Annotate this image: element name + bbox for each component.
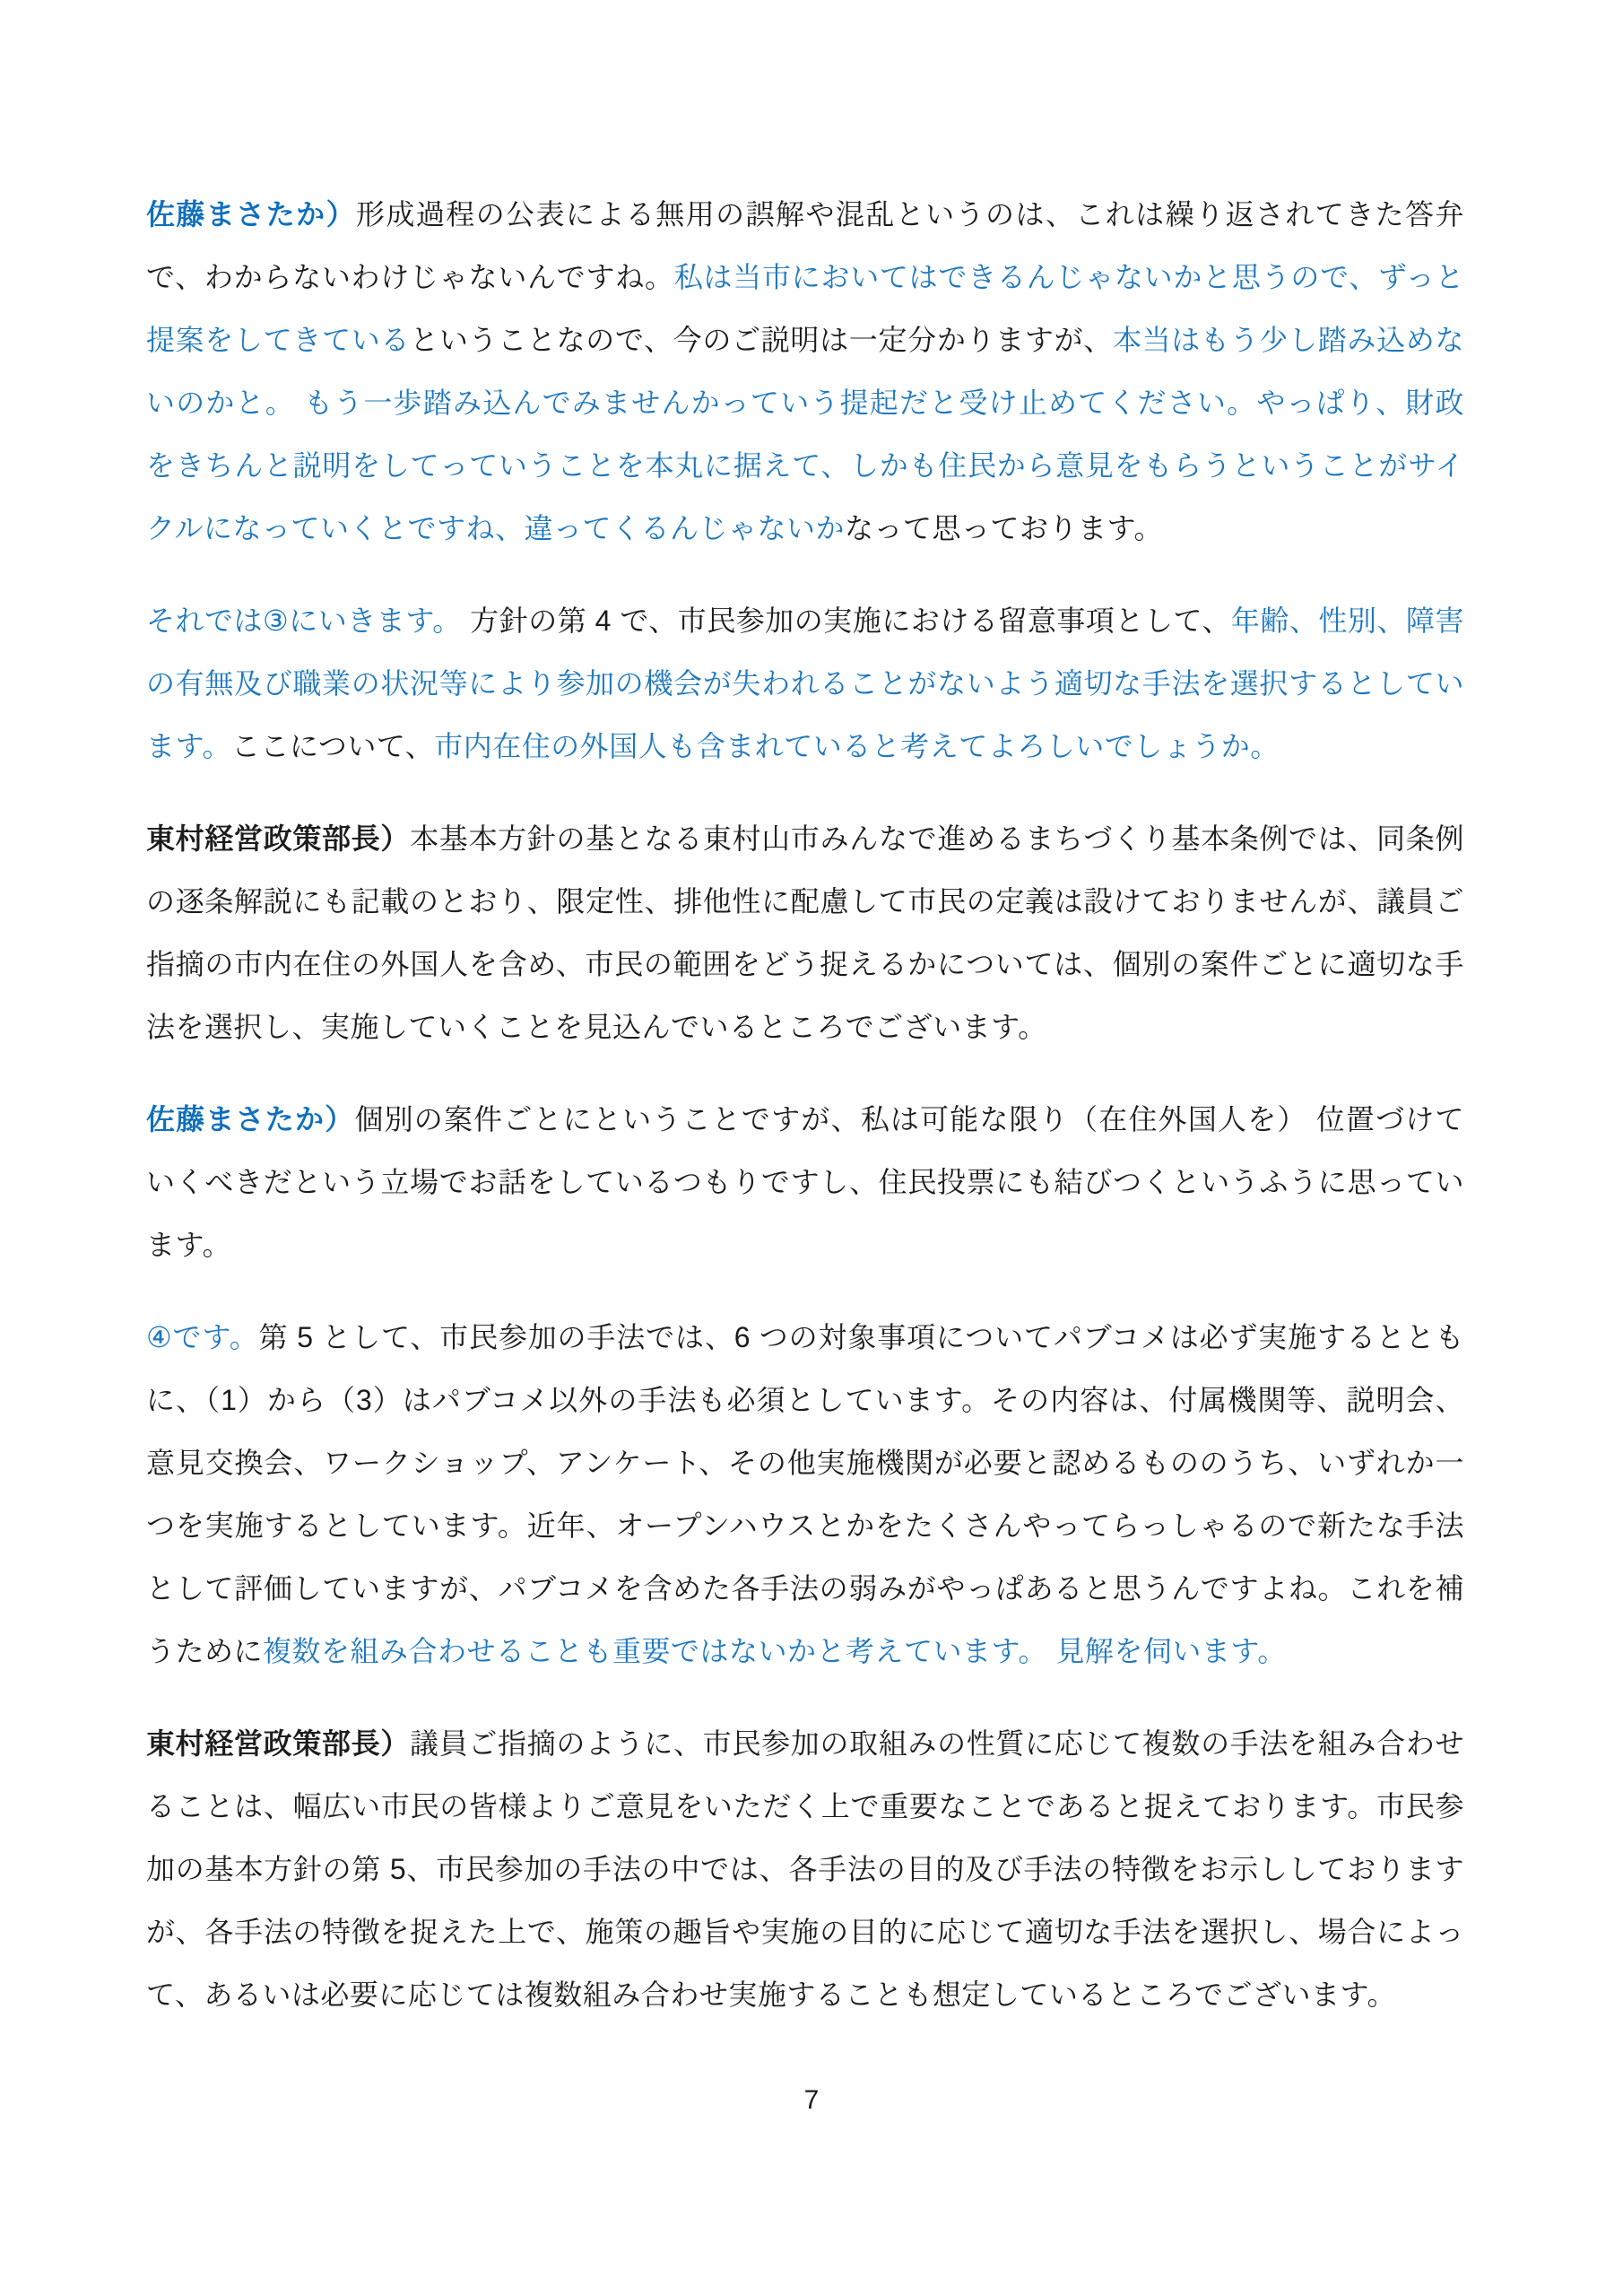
document-page: 佐藤まさたか）形成過程の公表による無用の誤解や混乱というのは、これは繰り返されて… — [0, 0, 1623, 2296]
speaker-name: 東村経営政策部長） — [146, 822, 410, 855]
text-run: 複数を組み合わせることも重要ではないかと考えています。 見解を伺います。 — [263, 1635, 1287, 1667]
document-body: 佐藤まさたか）形成過程の公表による無用の誤解や混乱というのは、これは繰り返されて… — [146, 183, 1464, 2056]
paragraph: 佐藤まさたか）形成過程の公表による無用の誤解や混乱というのは、これは繰り返されて… — [146, 183, 1464, 560]
text-run: なって思っております。 — [845, 512, 1163, 544]
speaker-name: 佐藤まさたか） — [146, 1103, 354, 1135]
text-run: 本基本方針の基となる東村山市みんなで進めるまちづくり基本条例では、同条例の逐条解… — [146, 822, 1464, 1043]
text-run: ④です。 — [146, 1321, 259, 1353]
text-run: 市内在住の外国人も含まれていると考えてよろしいでしょうか。 — [434, 730, 1280, 762]
paragraph: ④です。第 5 として、市民参加の手法では、6 つの対象事項についてパブコメは必… — [146, 1306, 1464, 1683]
page-number: 7 — [0, 2083, 1623, 2118]
paragraph: それでは③にいきます。 方針の第 4 で、市民参加の実施における留意事項として、… — [146, 589, 1464, 778]
text-run: 方針の第 4 で、市民参加の実施における留意事項として、 — [462, 604, 1231, 637]
text-run: 議員ご指摘のように、市民参加の取組みの性質に応じて複数の手法を組み合わせることは… — [146, 1727, 1464, 2011]
speaker-name: 東村経営政策部長） — [146, 1727, 410, 1760]
paragraph: 佐藤まさたか）個別の案件ごとにということですが、私は可能な限り（在住外国人を） … — [146, 1088, 1464, 1276]
text-run: 本当はもう少し踏み込めないのかと。 もう一歩踏み込んでみませんかっていう提起だと… — [146, 324, 1464, 544]
text-run: 第 5 として、市民参加の手法では、6 つの対象事項についてパブコメは必ず実施す… — [146, 1321, 1464, 1667]
text-run: ここについて、 — [231, 730, 434, 762]
text-run: それでは③にいきます。 — [146, 604, 462, 637]
paragraph: 東村経営政策部長）本基本方針の基となる東村山市みんなで進めるまちづくり基本条例で… — [146, 807, 1464, 1058]
paragraph: 東村経営政策部長）議員ご指摘のように、市民参加の取組みの性質に応じて複数の手法を… — [146, 1712, 1464, 2026]
text-run: ということなので、今のご説明は一定分かりますが、 — [410, 324, 1113, 356]
speaker-name: 佐藤まさたか） — [146, 198, 356, 230]
